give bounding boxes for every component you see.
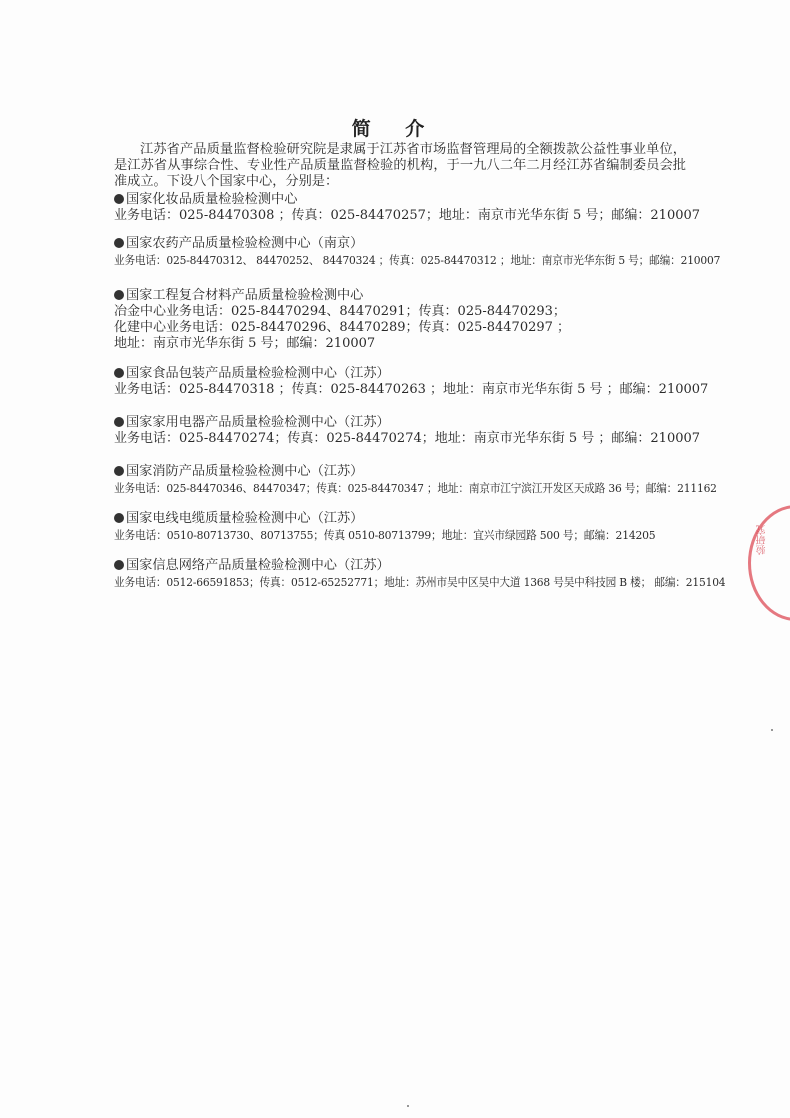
bullet-icon	[114, 238, 124, 248]
center-contact-line: 化建中心业务电话：025-84470296、84470289；传真：025-84…	[114, 320, 694, 336]
center-name: 国家化妆品质量检验检测中心	[114, 192, 694, 208]
center-name: 国家消防产品质量检验检测中心（江苏）	[114, 464, 694, 480]
bullet-icon	[114, 417, 124, 427]
center-contact-line: 业务电话：025-84470274；传真：025-84470274；地址：南京市…	[114, 431, 694, 447]
center-contact-line: 冶金中心业务电话：025-84470294、84470291；传真：025-84…	[114, 304, 694, 320]
official-seal-stamp	[748, 505, 790, 621]
center-item: 国家食品包装产品质量检验检测中心（江苏） 业务电话：025-84470318 ；…	[114, 366, 694, 398]
bullet-icon	[114, 194, 124, 204]
center-contact-line: 业务电话：0510-80713730、80713755；传真 0510-8071…	[114, 527, 653, 543]
bullet-icon	[114, 466, 124, 476]
scan-speck	[407, 1105, 409, 1107]
center-item: 国家化妆品质量检验检测中心 业务电话：025-84470308 ；传真：025-…	[114, 192, 694, 224]
intro-paragraph: 江苏省产品质量监督检验研究院是隶属于江苏省市场监督管理局的全额拨款公益性事业单位…	[114, 142, 686, 190]
center-name: 国家工程复合材料产品质量检验检测中心	[114, 288, 694, 304]
center-name: 国家信息网络产品质量检验检测中心（江苏）	[114, 558, 694, 574]
center-contact-line: 业务电话：0512-66591853；传真：0512-65252771；地址：苏…	[114, 574, 648, 590]
center-item: 国家电线电缆质量检验检测中心（江苏） 业务电话：0510-80713730、80…	[114, 511, 694, 543]
center-address-line: 地址：南京市光华东街 5 号；邮编：210007	[114, 336, 694, 352]
center-name: 国家家用电器产品质量检验检测中心（江苏）	[114, 415, 694, 431]
page-title: 简 介	[0, 114, 790, 141]
center-contact-line: 业务电话：025-84470312、 84470252、 84470324 ；传…	[114, 252, 648, 268]
center-contact-line: 业务电话：025-84470308 ；传真：025-84470257；地址：南京…	[114, 208, 694, 224]
bullet-icon	[114, 290, 124, 300]
center-name: 国家农药产品质量检验检测中心（南京）	[114, 236, 694, 252]
center-item: 国家信息网络产品质量检验检测中心（江苏） 业务电话：0512-66591853；…	[114, 558, 694, 590]
document-page: 简 介 江苏省产品质量监督检验研究院是隶属于江苏省市场监督管理局的全额拨款公益性…	[0, 0, 790, 1118]
center-name: 国家电线电缆质量检验检测中心（江苏）	[114, 511, 694, 527]
bullet-icon	[114, 513, 124, 523]
center-name: 国家食品包装产品质量检验检测中心（江苏）	[114, 366, 694, 382]
center-item: 国家农药产品质量检验检测中心（南京） 业务电话：025-84470312、 84…	[114, 236, 694, 268]
center-item: 国家消防产品质量检验检测中心（江苏） 业务电话：025-84470346、844…	[114, 464, 694, 496]
bullet-icon	[114, 560, 124, 570]
center-item: 国家工程复合材料产品质量检验检测中心 冶金中心业务电话：025-84470294…	[114, 288, 694, 352]
center-item: 国家家用电器产品质量检验检测中心（江苏） 业务电话：025-84470274；传…	[114, 415, 694, 447]
center-contact-line: 业务电话：025-84470346、84470347；传真：025-844703…	[114, 480, 648, 496]
bullet-icon	[114, 368, 124, 378]
center-contact-line: 业务电话：025-84470318 ；传真：025-84470263 ；地址：南…	[114, 382, 694, 398]
seal-text: 验研究	[756, 525, 772, 555]
scan-speck	[771, 729, 773, 731]
